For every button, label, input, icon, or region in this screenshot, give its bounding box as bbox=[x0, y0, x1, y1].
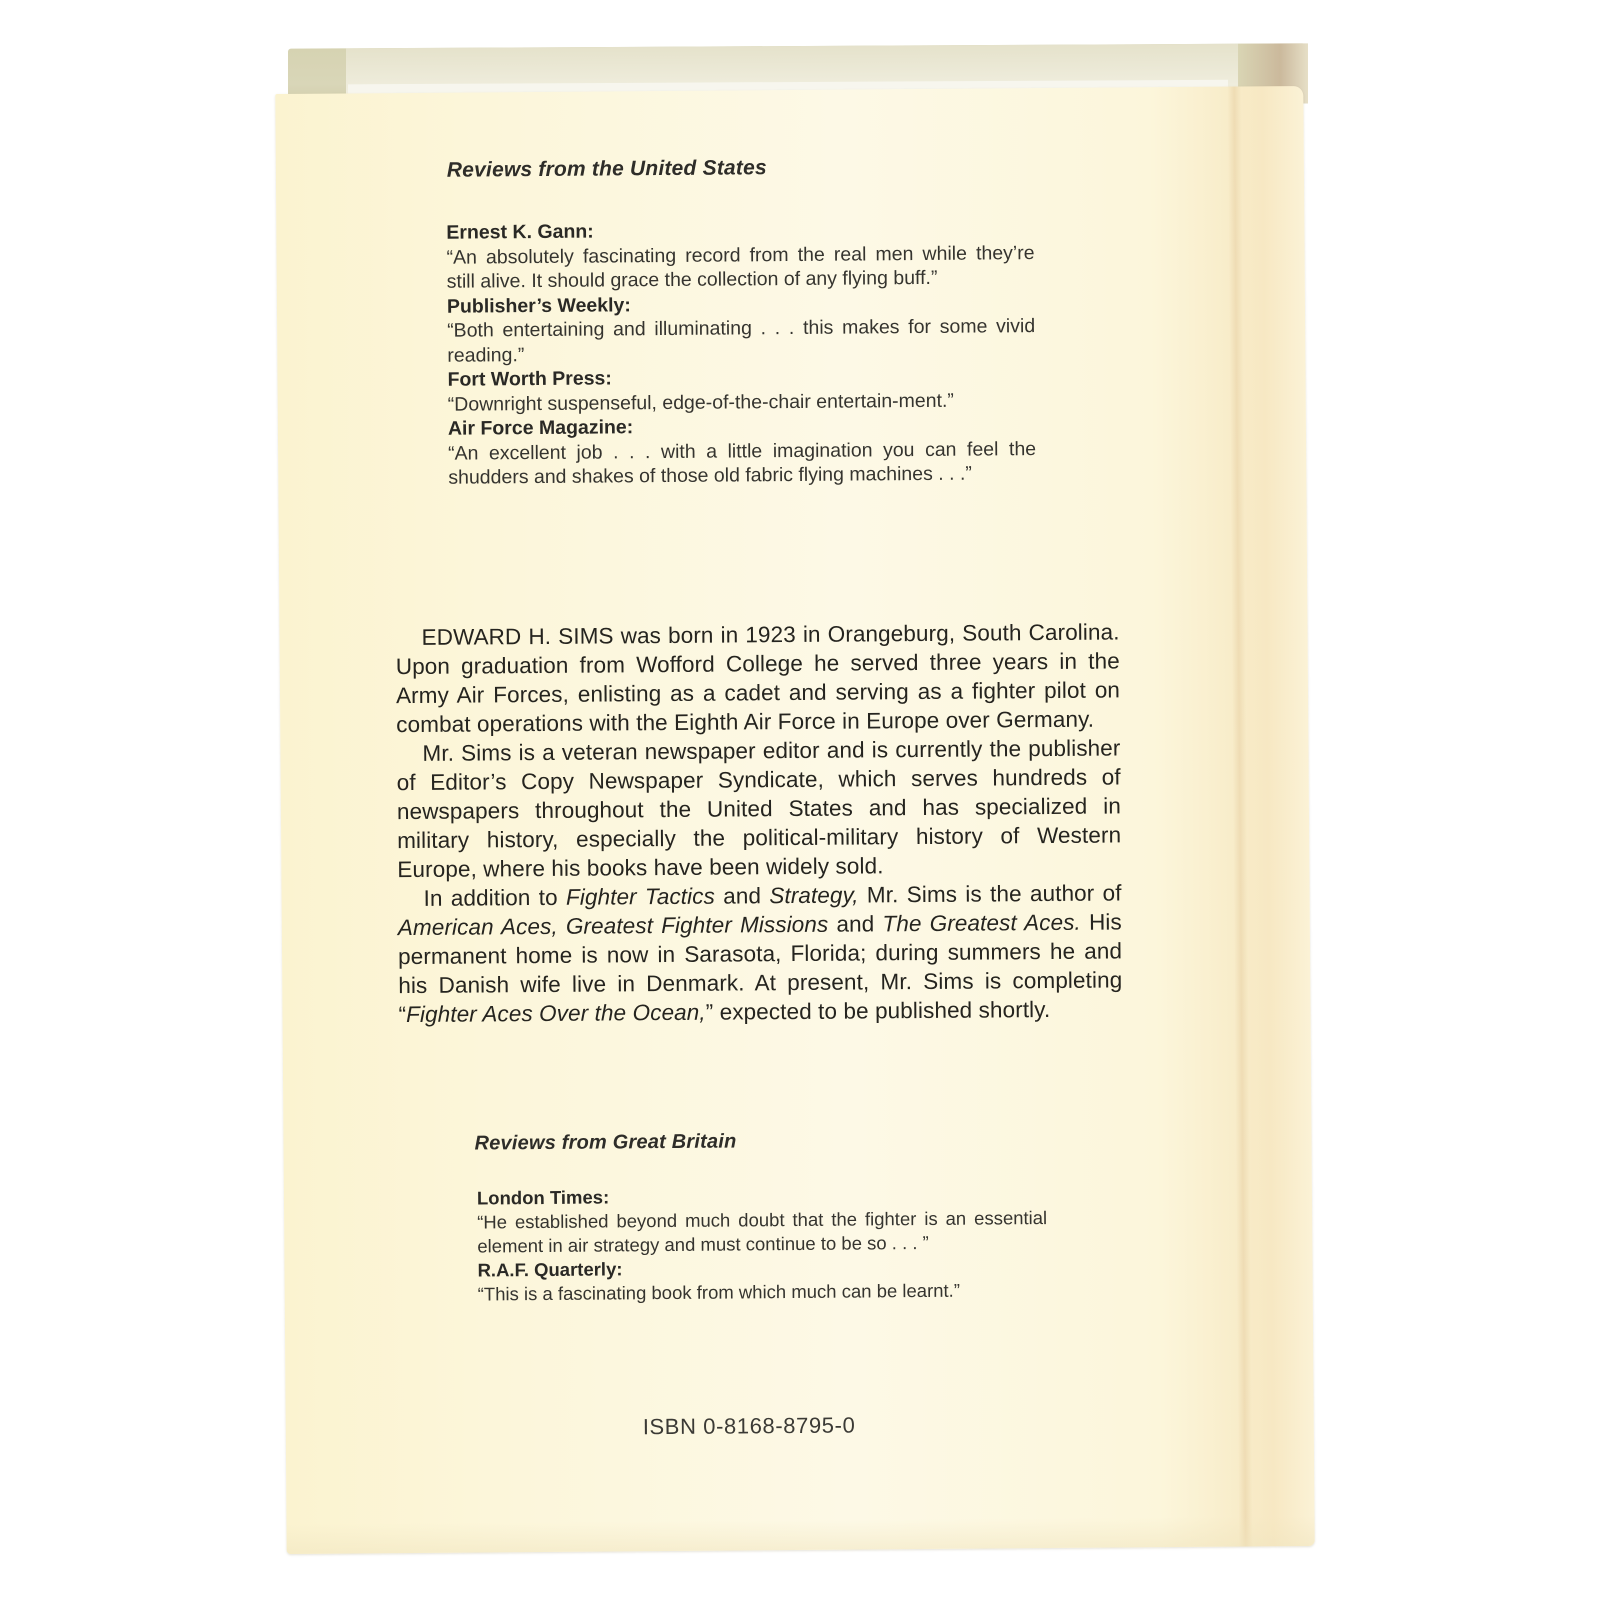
review-quote: “This is a fascinating book from which m… bbox=[478, 1278, 1048, 1306]
review-item: Ernest K. Gann: “An absolutely fascinati… bbox=[446, 216, 1035, 294]
review-item: Publisher’s Weekly: “Both entertaining a… bbox=[447, 290, 1036, 368]
gb-reviews-list: London Times: “He established beyond muc… bbox=[477, 1182, 1048, 1306]
review-quote: “An excellent job . . . with a little im… bbox=[448, 437, 1036, 491]
gb-reviews-title: Reviews from Great Britain bbox=[474, 1130, 736, 1155]
book-title: Fighter Aces Over the Ocean, bbox=[406, 1000, 706, 1027]
text: and bbox=[715, 883, 770, 908]
book-title: The Greatest Aces. bbox=[882, 910, 1081, 937]
bio-paragraph-3: In addition to Fighter Tactics and Strat… bbox=[397, 878, 1122, 1029]
review-item: London Times: “He established beyond muc… bbox=[477, 1182, 1048, 1258]
review-quote: “An absolutely fascinating record from t… bbox=[446, 241, 1034, 295]
dust-jacket-back: Reviews from the United States Ernest K.… bbox=[275, 86, 1314, 1554]
text: In addition to bbox=[424, 885, 567, 911]
text: Mr. Sims is the author of bbox=[858, 880, 1121, 907]
review-item: R.A.F. Quarterly: “This is a fascinating… bbox=[477, 1254, 1047, 1306]
text: and bbox=[828, 911, 882, 936]
review-quote: “He established beyond much doubt that t… bbox=[477, 1206, 1047, 1258]
review-item: Fort Worth Press: “Downright suspenseful… bbox=[447, 363, 1035, 417]
us-reviews-list: Ernest K. Gann: “An absolutely fascinati… bbox=[446, 216, 1036, 490]
bio-paragraph-2: Mr. Sims is a veteran newspaper editor a… bbox=[396, 733, 1121, 884]
book-title: Strategy, bbox=[769, 883, 858, 909]
review-item: Air Force Magazine: “An excellent job . … bbox=[448, 412, 1037, 490]
author-biography: EDWARD H. SIMS was born in 1923 in Orang… bbox=[395, 617, 1122, 1029]
book-title: American Aces, Greatest Fighter Missions bbox=[398, 912, 829, 940]
jacket-content: Reviews from the United States Ernest K.… bbox=[275, 86, 1314, 1554]
text: ” expected to be published shortly. bbox=[706, 997, 1051, 1025]
review-quote: “Both entertaining and illuminating . . … bbox=[447, 314, 1035, 368]
isbn-number: ISBN 0-8168-8795-0 bbox=[643, 1413, 856, 1441]
book-title: Fighter Tactics bbox=[566, 884, 715, 910]
us-reviews-title: Reviews from the United States bbox=[447, 156, 767, 183]
review-quote: “Downright suspenseful, edge-of-the-chai… bbox=[448, 388, 1036, 417]
bio-paragraph-1: EDWARD H. SIMS was born in 1923 in Orang… bbox=[395, 617, 1120, 739]
